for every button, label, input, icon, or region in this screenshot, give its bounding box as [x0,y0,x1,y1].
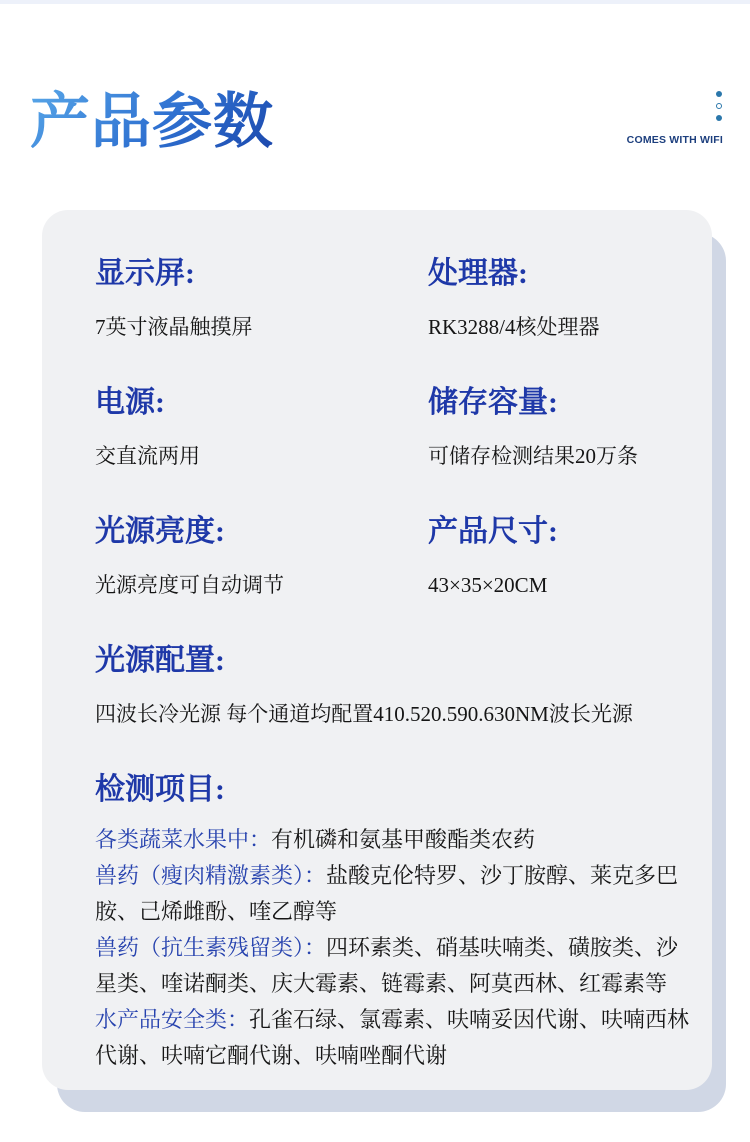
spec-label: 电源: [95,385,428,421]
spec-item-display: 显示屏: 7英寸液晶触摸屏 [95,256,428,385]
top-accent-strip [0,0,750,4]
dot-filled-icon [716,91,722,97]
specs-card: 显示屏: 7英寸液晶触摸屏 处理器: RK3288/4核处理器 电源: 交直流两… [42,210,712,1090]
spec-label: 显示屏: [95,256,428,292]
spec-value: 可储存检测结果20万条 [428,442,692,470]
spec-value: RK3288/4核处理器 [428,313,692,341]
decorative-dots [716,91,722,121]
spec-grid: 显示屏: 7英寸液晶触摸屏 处理器: RK3288/4核处理器 电源: 交直流两… [95,256,692,772]
spec-label: 产品尺寸: [428,514,692,550]
spec-label: 光源亮度: [95,514,428,550]
spec-item-brightness: 光源亮度: 光源亮度可自动调节 [95,514,428,643]
spec-item-storage: 储存容量: 可储存检测结果20万条 [428,385,692,514]
detection-heading: 检测项目: [95,772,692,808]
detection-content: 有机磷和氨基甲酸酯类农药 [271,827,535,852]
spec-label: 光源配置: [95,643,692,679]
spec-label: 处理器: [428,256,692,292]
spec-item-size: 产品尺寸: 43×35×20CM [428,514,692,643]
detection-category: 水产品安全类： [95,1007,249,1032]
spec-item-light-config: 光源配置: 四波长冷光源 每个通道均配置410.520.590.630NM波长光… [95,643,692,772]
spec-item-power: 电源: 交直流两用 [95,385,428,514]
detection-line-aquatic: 水产品安全类：孔雀石绿、氯霉素、呋喃妥因代谢、呋喃西林代谢、呋喃它酮代谢、呋喃唑… [95,1002,692,1074]
detection-line-antibiotics: 兽药（抗生素残留类）：四环素类、硝基呋喃类、磺胺类、沙星类、喹诺酮类、庆大霉素、… [95,930,692,1002]
spec-label: 储存容量: [428,385,692,421]
spec-item-processor: 处理器: RK3288/4核处理器 [428,256,692,385]
page-title: 产品参数 [30,74,274,160]
dot-filled-icon [716,115,722,121]
detection-category: 各类蔬菜水果中： [95,827,271,852]
detection-line-vegetables: 各类蔬菜水果中：有机磷和氨基甲酸酯类农药 [95,822,692,858]
wifi-note: COMES WITH WIFI [627,134,723,146]
detection-category: 兽药（瘦肉精激素类）： [95,863,326,888]
spec-value: 交直流两用 [95,442,428,470]
spec-value: 四波长冷光源 每个通道均配置410.520.590.630NM波长光源 [95,700,692,728]
spec-value: 光源亮度可自动调节 [95,571,428,599]
detection-line-clenbuterol: 兽药（瘦肉精激素类）：盐酸克伦特罗、沙丁胺醇、莱克多巴胺、己烯雌酚、喹乙醇等 [95,858,692,930]
dot-ring-icon [716,103,722,109]
spec-value: 7英寸液晶触摸屏 [95,313,428,341]
detection-category: 兽药（抗生素残留类）： [95,935,326,960]
spec-value: 43×35×20CM [428,571,692,599]
section-detection-items: 检测项目: 各类蔬菜水果中：有机磷和氨基甲酸酯类农药 兽药（瘦肉精激素类）：盐酸… [95,772,692,1074]
